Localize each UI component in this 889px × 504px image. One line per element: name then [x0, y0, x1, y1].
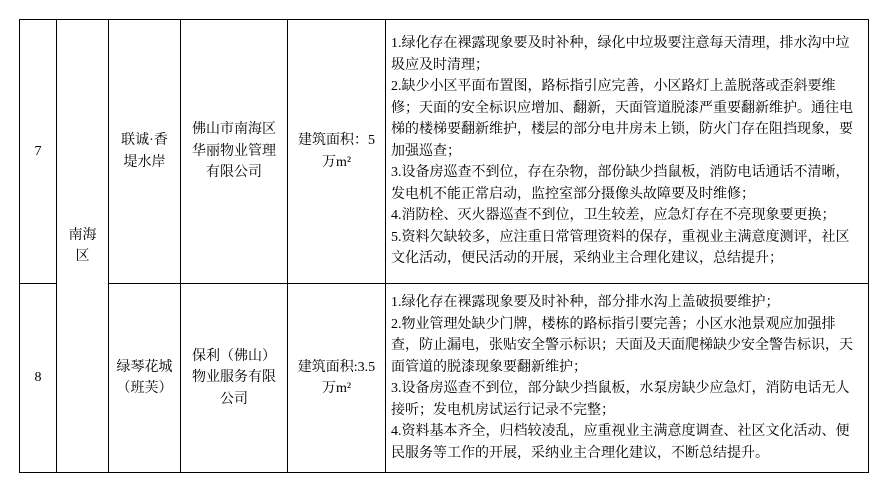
row-number-cell: 7 [20, 20, 57, 284]
building-area-cell: 建筑面积:3.5万m² [288, 284, 386, 473]
building-area-cell: 建筑面积：5万m² [288, 20, 386, 284]
district-label: 南海区 [66, 225, 100, 268]
remark-item: 3.设备房巡查不到位，部分缺少挡鼠板，水泵房缺少应急灯，消防电话无人接听；发电机… [391, 378, 863, 421]
remark-item: 5.资料欠缺较多，应注重日常管理资料的保存，重视业主满意度测评，社区文化活动，便… [391, 227, 863, 270]
remarks-cell: 1.绿化存在裸露现象要及时补种，部分排水沟上盖破损要维护； 2.物业管理处缺少门… [386, 284, 869, 473]
table-row-7: 7 南海区 联诚·香堤水岸 佛山市南海区华丽物业管理有限公司 建筑面积：5万m²… [20, 20, 869, 284]
district-cell: 南海区 [57, 20, 109, 473]
table-row-8: 8 绿琴花城（班芙） 保利（佛山）物业服务有限公司 建筑面积:3.5万m² 1.… [20, 284, 869, 473]
management-company-cell: 保利（佛山）物业服务有限公司 [181, 284, 288, 473]
remark-item: 4.消防栓、灭火器巡查不到位，卫生较差，应急灯存在不亮现象要更换； [391, 205, 863, 227]
remark-item: 2.缺少小区平面布置图，路标指引应完善，小区路灯上盖脱落或歪斜要维修；天面的安全… [391, 76, 863, 162]
remarks-cell: 1.绿化存在裸露现象要及时补种，绿化中垃圾要注意每天清理，排水沟中垃圾应及时清理… [386, 20, 869, 284]
row-number-cell: 8 [20, 284, 57, 473]
document-page: 7 南海区 联诚·香堤水岸 佛山市南海区华丽物业管理有限公司 建筑面积：5万m²… [0, 0, 889, 504]
community-name-cell: 绿琴花城（班芙） [109, 284, 181, 473]
remark-item: 4.资料基本齐全，归档较凌乱，应重视业主满意度调查、社区文化活动、便民服务等工作… [391, 421, 863, 464]
remark-item: 1.绿化存在裸露现象要及时补种，部分排水沟上盖破损要维护； [391, 292, 863, 314]
community-name-cell: 联诚·香堤水岸 [109, 20, 181, 284]
management-company-cell: 佛山市南海区华丽物业管理有限公司 [181, 20, 288, 284]
remark-item: 2.物业管理处缺少门牌，楼栋的路标指引要完善；小区水池景观应加强排查，防止漏电，… [391, 314, 863, 379]
property-inspection-table: 7 南海区 联诚·香堤水岸 佛山市南海区华丽物业管理有限公司 建筑面积：5万m²… [19, 19, 869, 473]
remark-item: 3.设备房巡查不到位，存在杂物，部份缺少挡鼠板，消防电话通话不清晰，发电机不能正… [391, 162, 863, 205]
remark-item: 1.绿化存在裸露现象要及时补种，绿化中垃圾要注意每天清理，排水沟中垃圾应及时清理… [391, 33, 863, 76]
